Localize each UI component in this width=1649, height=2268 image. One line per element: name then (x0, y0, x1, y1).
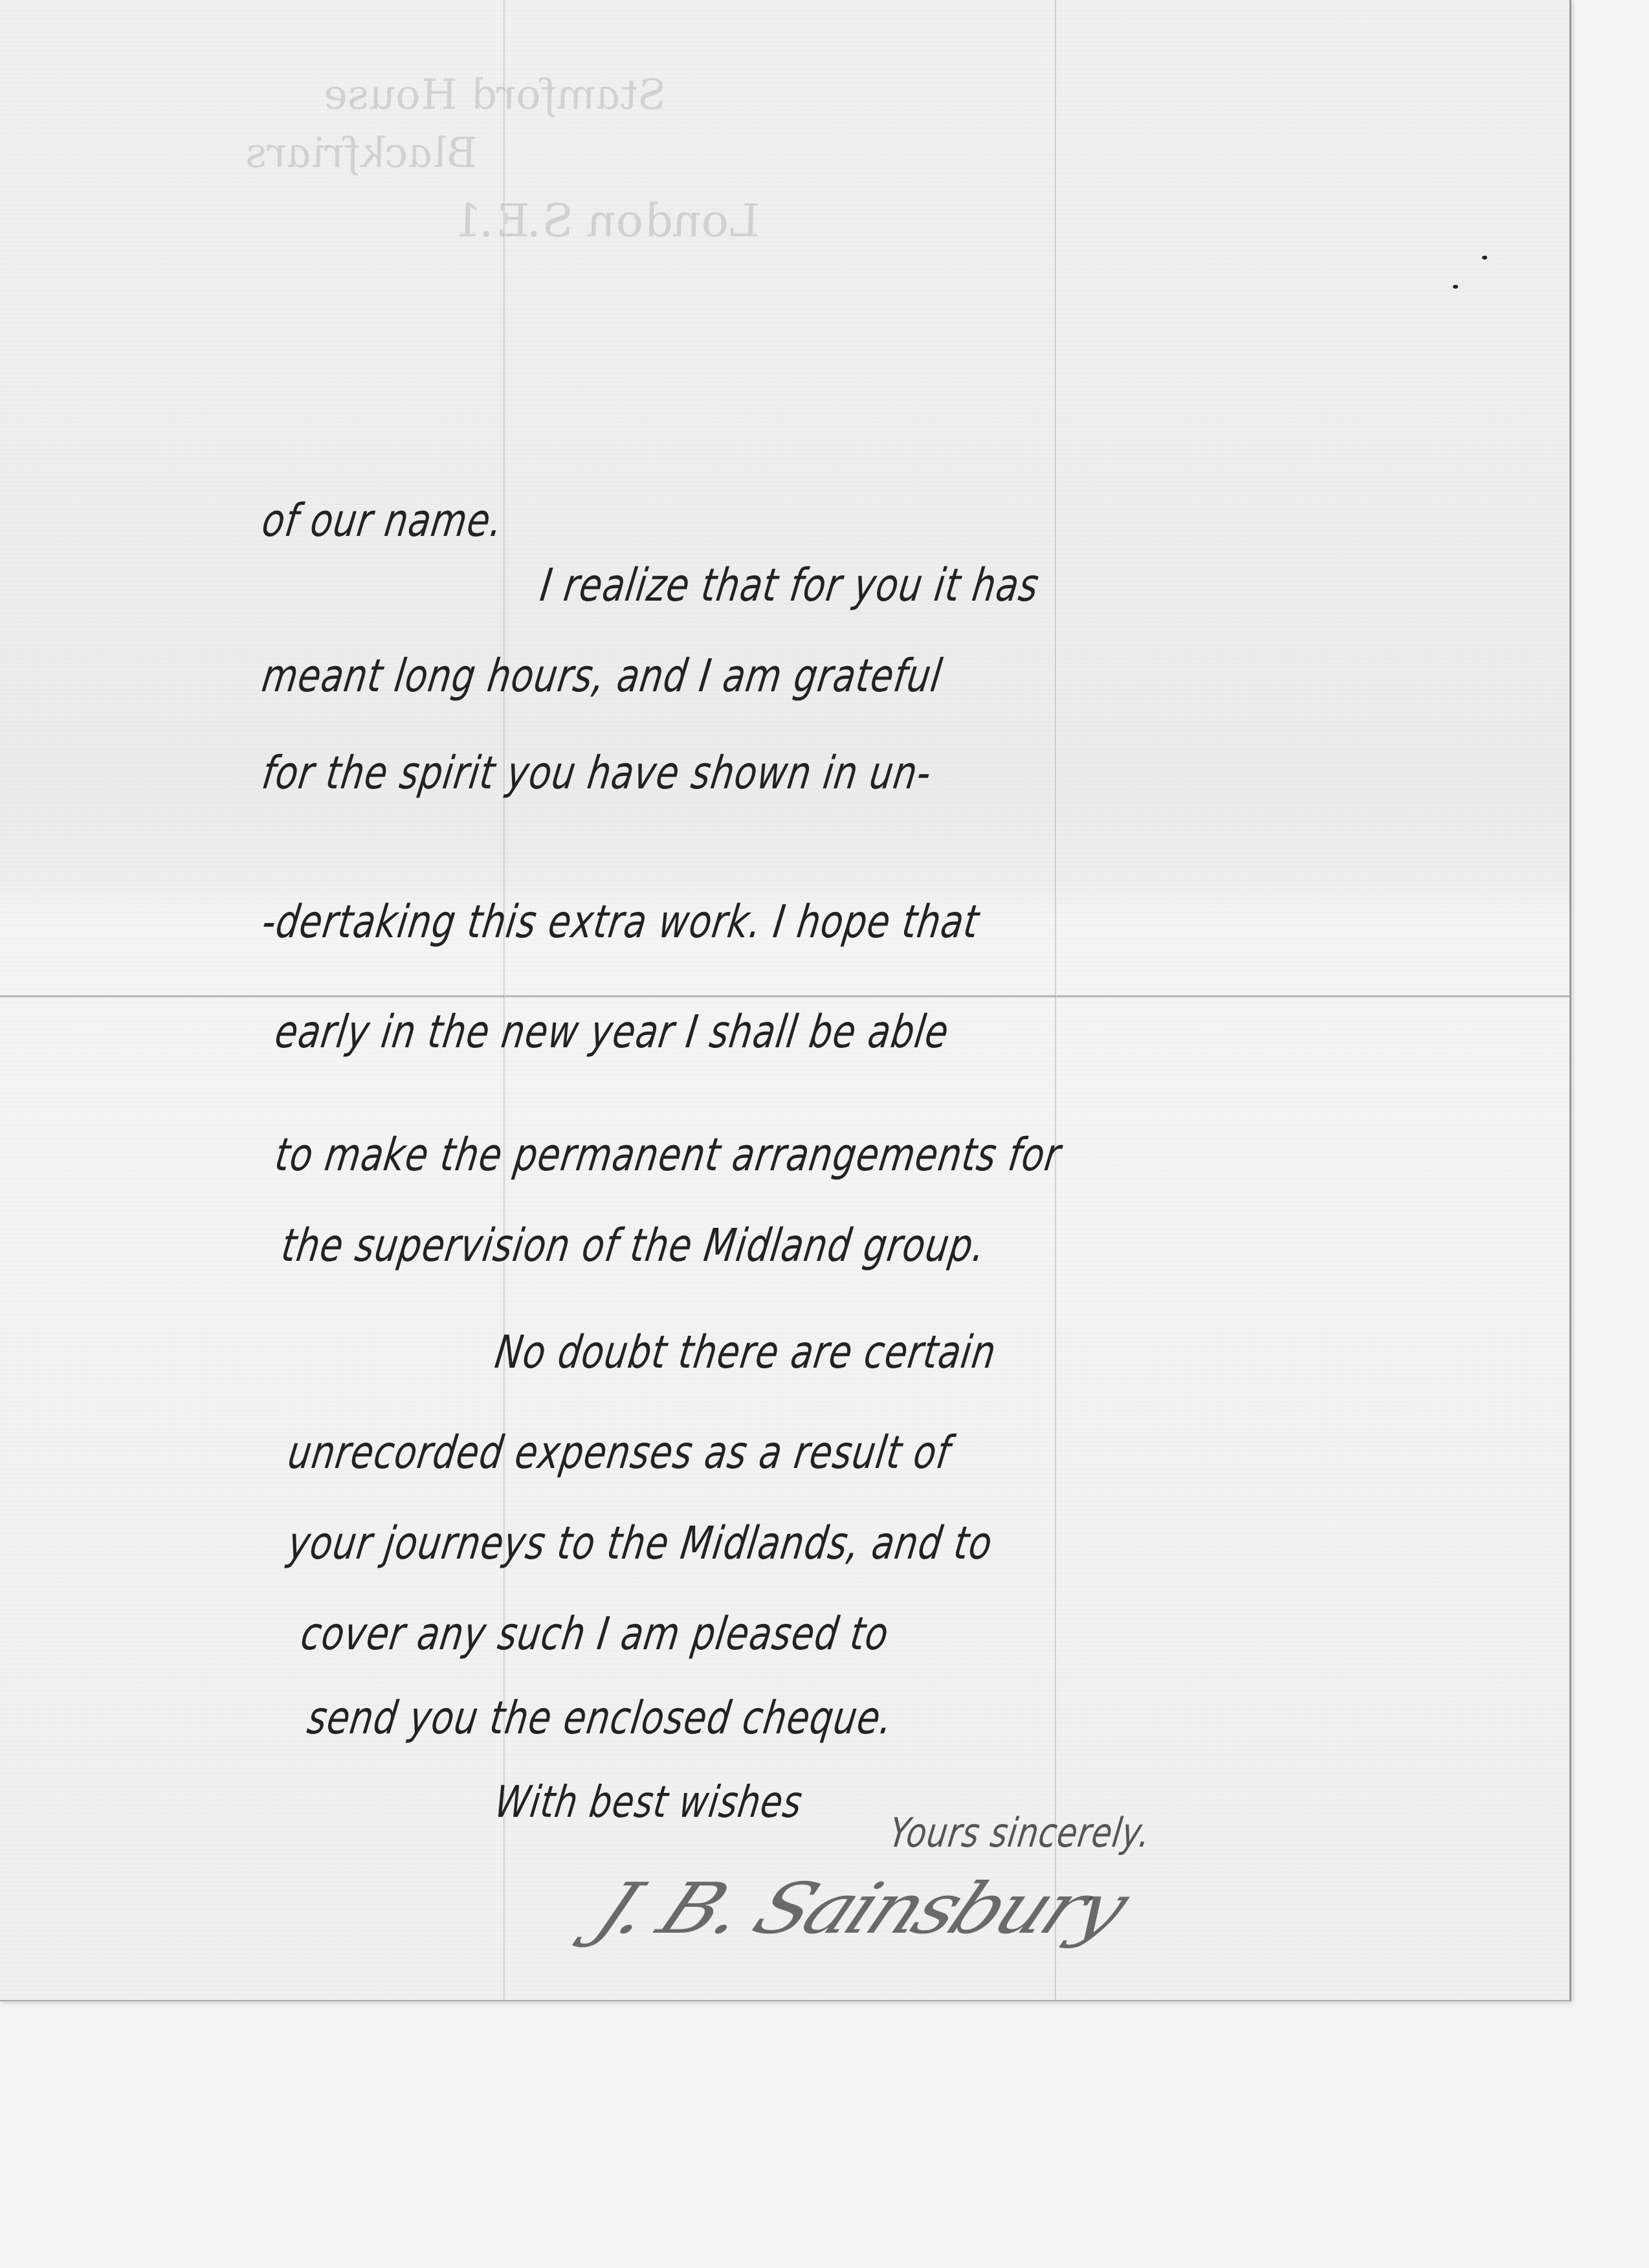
signature-text: J. B. Sainsbury (583, 1869, 1138, 1950)
letter-line: your journeys to the Midlands, and to (285, 1517, 996, 1570)
letter-line: of our name. (259, 495, 506, 547)
letter-line: send you the enclosed cheque. (304, 1692, 896, 1744)
vertical-fold-crease (1055, 0, 1057, 2000)
letterhead-bleedthrough: London S.E.1 (447, 194, 765, 247)
letterhead-bleedthrough: Stamford House (318, 71, 671, 119)
closing-phrase: With best wishes (492, 1776, 806, 1827)
letter-line: meant long hours, and I am grateful (259, 650, 946, 702)
letterhead-bleedthrough: Blackfriars (241, 129, 481, 177)
letter-line: cover any such I am pleased to (298, 1608, 892, 1660)
letter-line: early in the new year I shall be able (272, 1006, 952, 1058)
valediction: Yours sincerely. (887, 1810, 1154, 1857)
letter-line: I realize that for you it has (537, 559, 1043, 612)
letter-line: to make the permanent arrangements for (272, 1129, 1064, 1181)
ink-speck (1453, 285, 1458, 289)
letter-line: for the spirit you have shown in un- (259, 747, 935, 799)
letter-line: No doubt there are certain (492, 1326, 999, 1379)
horizontal-fold-crease (0, 995, 1569, 998)
ink-speck (1482, 256, 1487, 260)
signature: J. B. Sainsbury (602, 1864, 1540, 1994)
letter-line: unrecorded expenses as a result of (285, 1427, 954, 1479)
letter-line: the supervision of the Midland group. (278, 1219, 989, 1272)
letter-line: -dertaking this extra work. I hope that (259, 896, 982, 948)
